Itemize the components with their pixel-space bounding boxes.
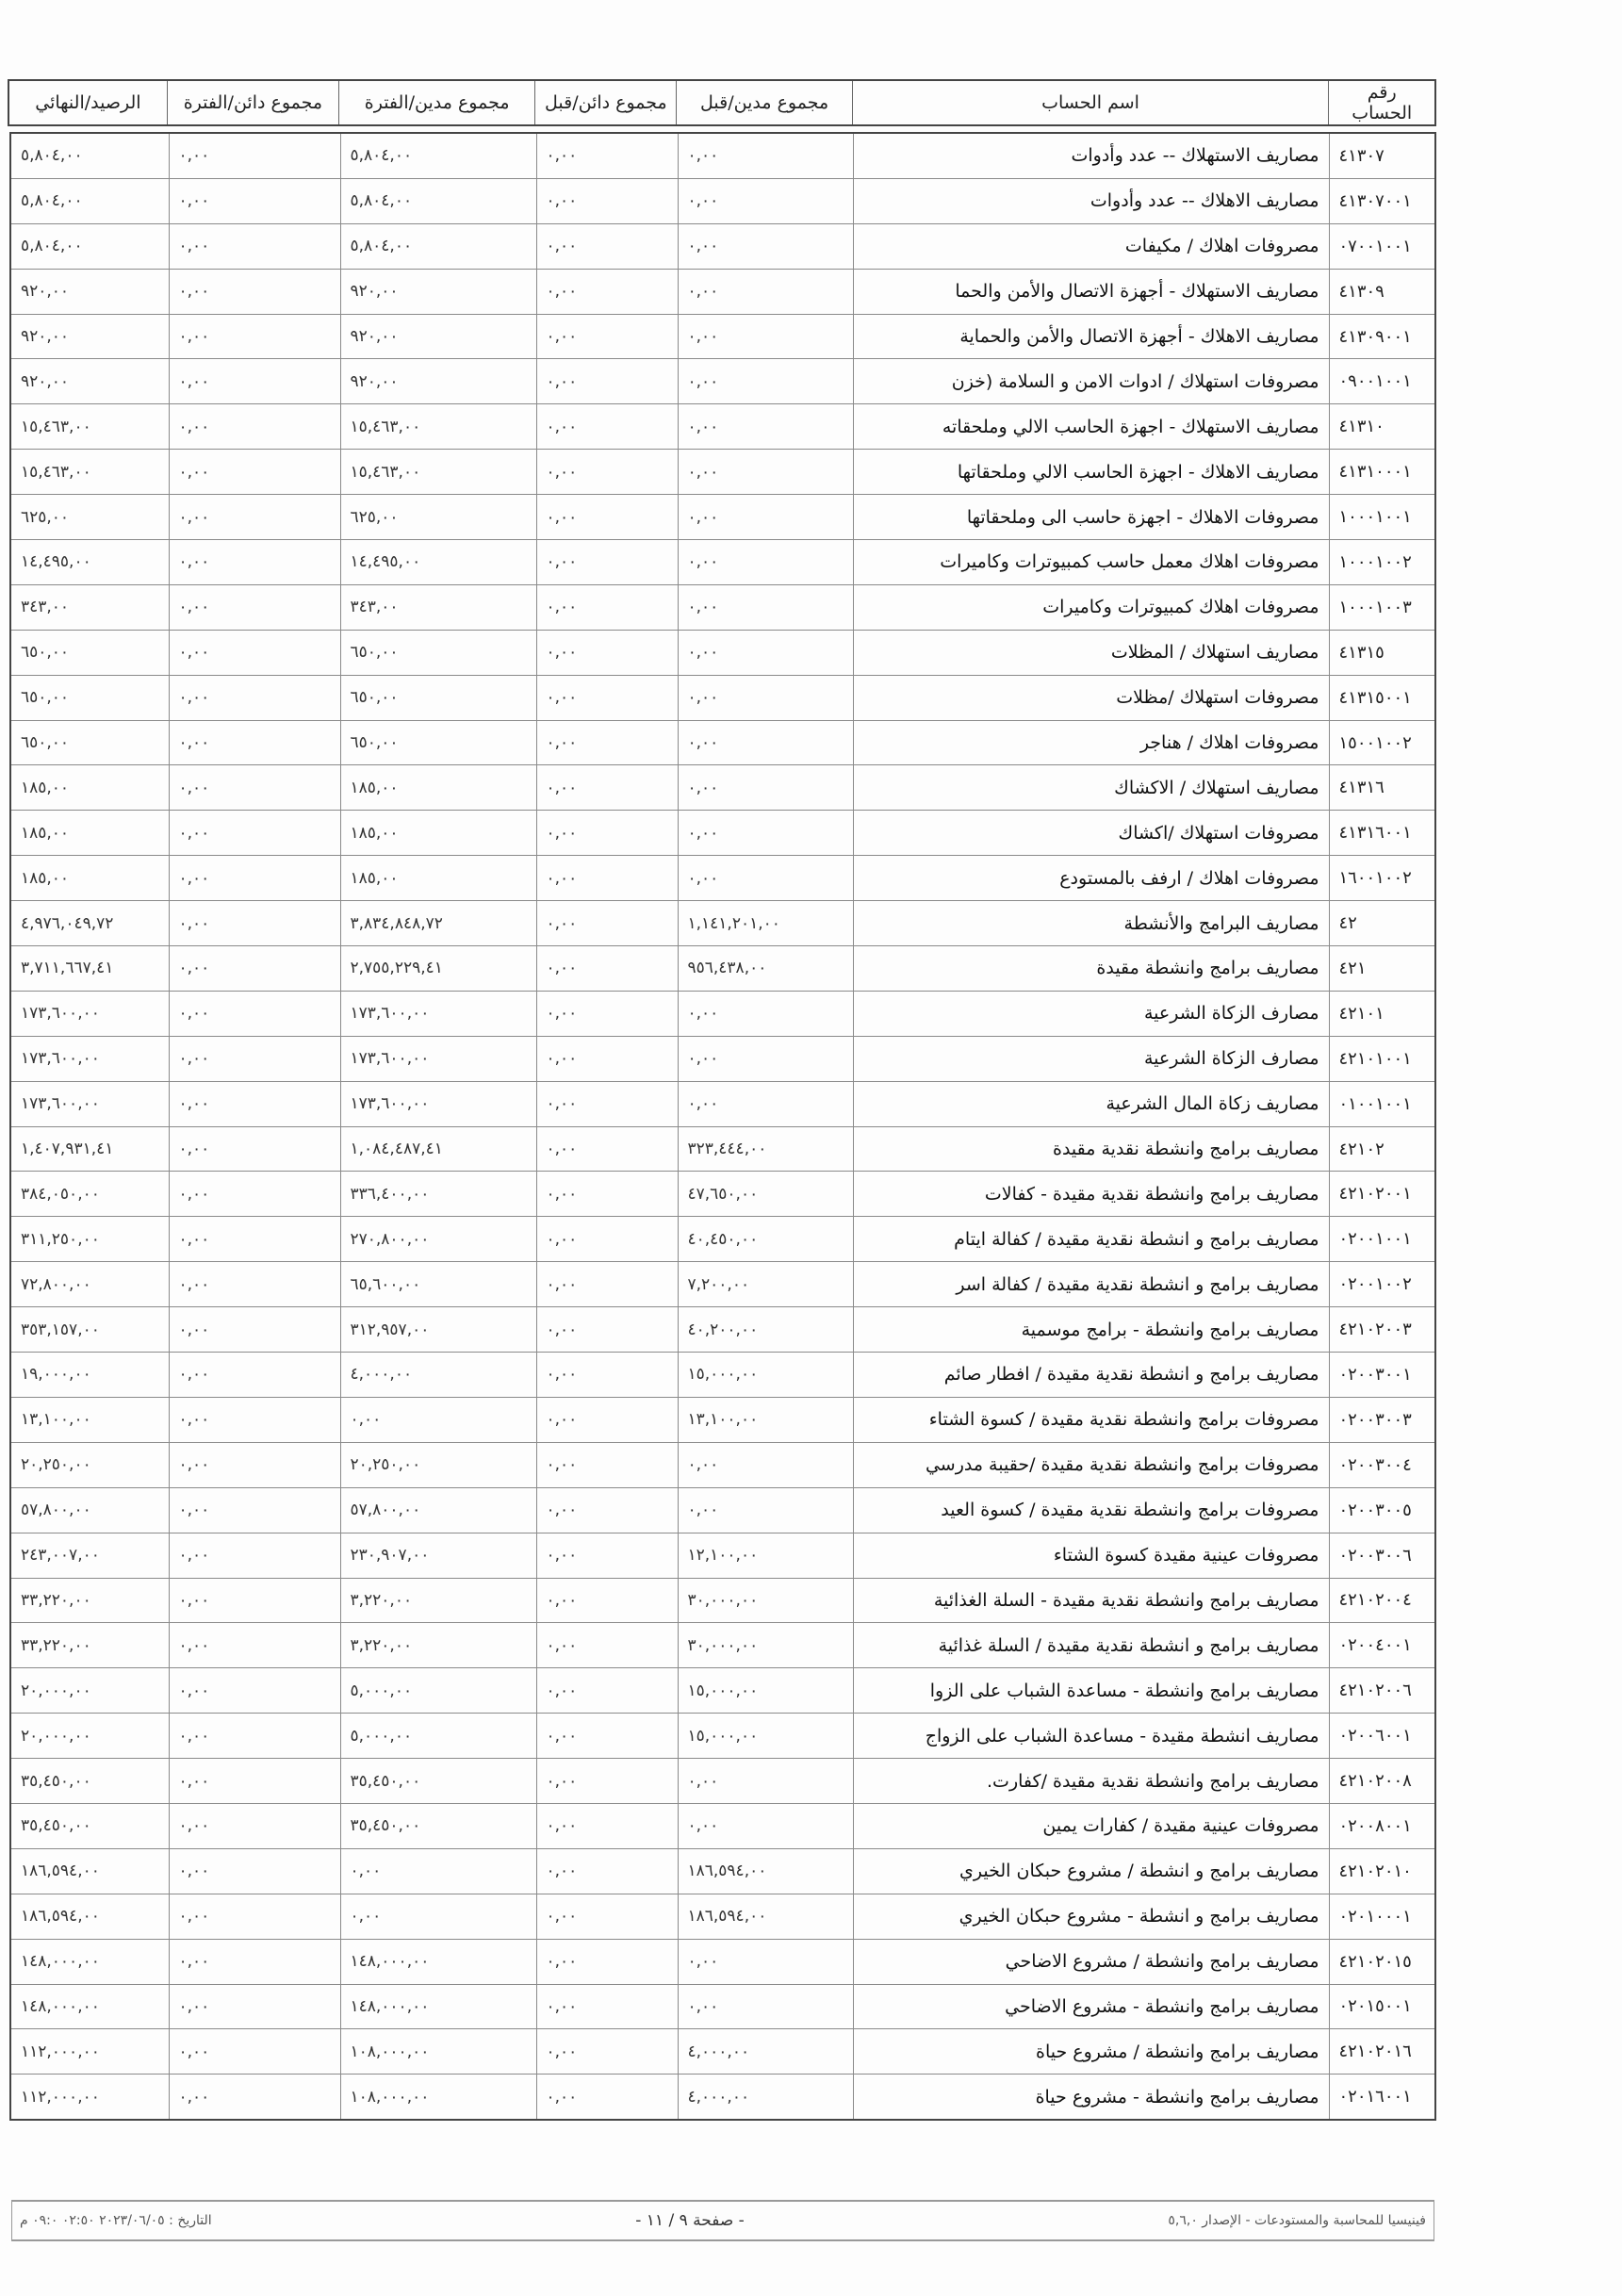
account-code-cell: ٠٢٠٠٦٠٠١ bbox=[1329, 1714, 1435, 1759]
debit-before-cell: ١٥,٠٠٠,٠٠ bbox=[678, 1714, 853, 1759]
table-row: ٤٢١٠٢٠١٠مصاريف برامج و انشطة / مشروع حبك… bbox=[10, 1848, 1435, 1894]
table-row: ١٦٠٠١٠٠٢مصروفات اهلاك / ارفف بالمستودع٠,… bbox=[10, 856, 1435, 901]
table-row: ٠٢٠٠٣٠٠١مصاريف برامج و انشطة نقدية مقيدة… bbox=[10, 1353, 1435, 1398]
debit-before-cell: ٩٥٦,٤٣٨,٠٠ bbox=[678, 946, 853, 992]
credit-period-cell: ٠,٠٠ bbox=[169, 2075, 340, 2120]
credit-before-cell: ٠,٠٠ bbox=[536, 1668, 678, 1714]
credit-before-cell: ٠,٠٠ bbox=[536, 359, 678, 404]
account-code-cell: ٠٢٠٠٣٠٠٦ bbox=[1329, 1533, 1435, 1578]
debit-period-cell: ٥,٠٠٠,٠٠ bbox=[340, 1668, 536, 1714]
account-code-cell: ٤١٣١٠٠٠١ bbox=[1329, 450, 1435, 495]
credit-period-cell: ٠,٠٠ bbox=[169, 901, 340, 946]
final-balance-cell: ١٤٨,٠٠٠,٠٠ bbox=[10, 1984, 169, 2029]
final-balance-cell: ١٩,٠٠٠,٠٠ bbox=[10, 1353, 169, 1398]
credit-period-cell: ٠,٠٠ bbox=[169, 1036, 340, 1081]
account-name-cell: مصروفات برامج وانشطة نقدية مقيدة /حقيبة … bbox=[853, 1442, 1329, 1487]
account-code-cell: ٤٢ bbox=[1329, 901, 1435, 946]
account-code-cell: ١٦٠٠١٠٠٢ bbox=[1329, 856, 1435, 901]
debit-before-cell: ٠,٠٠ bbox=[678, 1984, 853, 2029]
debit-before-cell: ١,١٤١,٢٠١,٠٠ bbox=[678, 901, 853, 946]
credit-period-cell: ٠,٠٠ bbox=[169, 269, 340, 314]
debit-before-cell: ٠,٠٠ bbox=[678, 584, 853, 630]
account-code-cell: ٠٩٠٠١٠٠١ bbox=[1329, 359, 1435, 404]
final-balance-cell: ٩٢٠,٠٠ bbox=[10, 269, 169, 314]
final-balance-cell: ١٥,٤٦٣,٠٠ bbox=[10, 450, 169, 495]
account-name-cell: مصاريف برامج وانشطة مقيدة bbox=[853, 946, 1329, 992]
table-row: ٤٢١٠٢٠١٦مصاريف برامج وانشطة / مشروع حياة… bbox=[10, 2029, 1435, 2075]
debit-before-cell: ٠,٠٠ bbox=[678, 178, 853, 223]
credit-before-cell: ٠,٠٠ bbox=[536, 2075, 678, 2120]
account-code-cell: ٤٢١٠٢٠٠٦ bbox=[1329, 1668, 1435, 1714]
final-balance-cell: ٦٥٠,٠٠ bbox=[10, 675, 169, 720]
debit-before-cell: ١٨٦,٥٩٤,٠٠ bbox=[678, 1848, 853, 1894]
table-row: ٤١٣١٠٠٠١مصاريف الاهلاك - اجهزة الحاسب ال… bbox=[10, 450, 1435, 495]
credit-period-cell: ٠,٠٠ bbox=[169, 540, 340, 585]
final-balance-cell: ١٨٥,٠٠ bbox=[10, 856, 169, 901]
final-balance-cell: ٦٥٠,٠٠ bbox=[10, 630, 169, 675]
final-balance-cell: ١٣,١٠٠,٠٠ bbox=[10, 1397, 169, 1442]
credit-before-cell: ٠,٠٠ bbox=[536, 856, 678, 901]
account-name-cell: مصاريف برامج وانشطة - مساعدة الشباب على … bbox=[853, 1668, 1329, 1714]
debit-before-cell: ٠,٠٠ bbox=[678, 269, 853, 314]
credit-before-cell: ٠,٠٠ bbox=[536, 133, 678, 178]
account-name-cell: مصروفات اهلاك معمل حاسب كمبيوترات وكامير… bbox=[853, 540, 1329, 585]
credit-period-cell: ٠,٠٠ bbox=[169, 1397, 340, 1442]
debit-before-cell: ٠,٠٠ bbox=[678, 1487, 853, 1533]
credit-period-cell: ٠,٠٠ bbox=[169, 1714, 340, 1759]
final-balance-cell: ٢٠,٠٠٠,٠٠ bbox=[10, 1714, 169, 1759]
debit-before-cell: ١٢,١٠٠,٠٠ bbox=[678, 1533, 853, 1578]
account-code-cell: ٠٧٠٠١٠٠١ bbox=[1329, 223, 1435, 269]
credit-period-cell: ٠,٠٠ bbox=[169, 404, 340, 450]
final-balance-cell: ٢٠,٢٥٠,٠٠ bbox=[10, 1442, 169, 1487]
final-balance-cell: ١٨٦,٥٩٤,٠٠ bbox=[10, 1848, 169, 1894]
credit-before-cell: ٠,٠٠ bbox=[536, 1894, 678, 1939]
credit-before-cell: ٠,٠٠ bbox=[536, 584, 678, 630]
debit-period-cell: ٠,٠٠ bbox=[340, 1848, 536, 1894]
account-code-cell: ٠٢٠٠٣٠٠١ bbox=[1329, 1353, 1435, 1398]
debit-period-cell: ١٤٨,٠٠٠,٠٠ bbox=[340, 1984, 536, 2029]
debit-period-cell: ٣٣٦,٤٠٠,٠٠ bbox=[340, 1172, 536, 1217]
credit-period-cell: ٠,٠٠ bbox=[169, 584, 340, 630]
final-balance-cell: ٣٨٤,٠٥٠,٠٠ bbox=[10, 1172, 169, 1217]
debit-before-cell: ٤,٠٠٠,٠٠ bbox=[678, 2029, 853, 2075]
credit-period-cell: ٠,٠٠ bbox=[169, 1172, 340, 1217]
account-name-cell: مصروفات استهلاك /مظلات bbox=[853, 675, 1329, 720]
credit-period-cell: ٠,٠٠ bbox=[169, 720, 340, 765]
account-name-cell: مصاريف برامج وانشطة نقدية مقيدة bbox=[853, 1126, 1329, 1172]
final-balance-cell: ١٤٨,٠٠٠,٠٠ bbox=[10, 1939, 169, 1984]
credit-before-cell: ٠,٠٠ bbox=[536, 1533, 678, 1578]
table-row: ٤١٣٠٧٠٠١مصاريف الاهلاك -- عدد وأدوات٠,٠٠… bbox=[10, 178, 1435, 223]
account-name-cell: مصاريف برامج وانشطة - مشروع حياة bbox=[853, 2075, 1329, 2120]
account-name-cell: مصاريف الاهلاك -- عدد وأدوات bbox=[853, 178, 1329, 223]
debit-before-cell: ٠,٠٠ bbox=[678, 1036, 853, 1081]
credit-before-cell: ٠,٠٠ bbox=[536, 1172, 678, 1217]
debit-period-cell: ٢,٧٥٥,٢٢٩,٤١ bbox=[340, 946, 536, 992]
account-code-cell: ٤٢١٠٢٠١٥ bbox=[1329, 1939, 1435, 1984]
debit-period-cell: ٣١٢,٩٥٧,٠٠ bbox=[340, 1307, 536, 1353]
credit-before-cell: ٠,٠٠ bbox=[536, 1714, 678, 1759]
table-row: ٤٢١٠١مصارف الزكاة الشرعية٠,٠٠٠,٠٠١٧٣,٦٠٠… bbox=[10, 991, 1435, 1036]
debit-before-cell: ٠,٠٠ bbox=[678, 765, 853, 811]
final-balance-cell: ١٥,٤٦٣,٠٠ bbox=[10, 404, 169, 450]
account-code-cell: ٤٢١٠١٠٠١ bbox=[1329, 1036, 1435, 1081]
debit-period-cell: ٤,٠٠٠,٠٠ bbox=[340, 1353, 536, 1398]
final-balance-cell: ١١٢,٠٠٠,٠٠ bbox=[10, 2029, 169, 2075]
account-code-cell: ٠٢٠٠١٠٠١ bbox=[1329, 1217, 1435, 1262]
credit-period-cell: ٠,٠٠ bbox=[169, 1262, 340, 1307]
table-row: ٠١٠٠١٠٠١مصاريف زكاة المال الشرعية٠,٠٠٠,٠… bbox=[10, 1081, 1435, 1126]
table-header: رقم الحساب اسم الحساب مجموع مدين/قبل مجم… bbox=[8, 79, 1436, 126]
credit-period-cell: ٠,٠٠ bbox=[169, 1759, 340, 1804]
final-balance-cell: ٦٢٥,٠٠ bbox=[10, 495, 169, 540]
account-code-cell: ٠٢٠١٦٠٠١ bbox=[1329, 2075, 1435, 2120]
debit-period-cell: ٣٥,٤٥٠,٠٠ bbox=[340, 1803, 536, 1848]
credit-period-cell: ٠,٠٠ bbox=[169, 1984, 340, 2029]
credit-before-cell: ٠,٠٠ bbox=[536, 1262, 678, 1307]
debit-period-cell: ٣٥,٤٥٠,٠٠ bbox=[340, 1759, 536, 1804]
page-footer: فينيسيا للمحاسبة والمستودعات - الإصدار ٥… bbox=[11, 2200, 1434, 2241]
debit-before-cell: ٠,٠٠ bbox=[678, 1939, 853, 1984]
debit-before-cell: ٠,٠٠ bbox=[678, 630, 853, 675]
account-code-cell: ١٠٠٠١٠٠١ bbox=[1329, 495, 1435, 540]
account-name-cell: مصروفات اهلاك كمبيوترات وكاميرات bbox=[853, 584, 1329, 630]
debit-period-cell: ٠,٠٠ bbox=[340, 1397, 536, 1442]
table-row: ٤٢١٠٢٠٠٦مصاريف برامج وانشطة - مساعدة الش… bbox=[10, 1668, 1435, 1714]
final-balance-cell: ١٧٣,٦٠٠,٠٠ bbox=[10, 991, 169, 1036]
credit-before-cell: ٠,٠٠ bbox=[536, 1487, 678, 1533]
debit-before-cell: ٣٠,٠٠٠,٠٠ bbox=[678, 1623, 853, 1668]
debit-period-cell: ٥,٠٠٠,٠٠ bbox=[340, 1714, 536, 1759]
final-balance-cell: ١٧٣,٦٠٠,٠٠ bbox=[10, 1081, 169, 1126]
page-number: - صفحة ٩ / ١١ - bbox=[635, 2211, 745, 2230]
account-name-cell: مصروفات عينية مقيدة كسوة الشتاء bbox=[853, 1533, 1329, 1578]
debit-before-cell: ٠,٠٠ bbox=[678, 314, 853, 359]
table-row: ٤١٣١٦مصاريف استهلاك / الاكشاك٠,٠٠٠,٠٠١٨٥… bbox=[10, 765, 1435, 811]
debit-before-cell: ٠,٠٠ bbox=[678, 359, 853, 404]
account-name-cell: مصاريف برامج و انشطة نقدية مقيدة / السلة… bbox=[853, 1623, 1329, 1668]
debit-before-cell: ٤٧,٦٥٠,٠٠ bbox=[678, 1172, 853, 1217]
account-code-cell: ٤٢١٠٢ bbox=[1329, 1126, 1435, 1172]
account-code-cell: ٠١٠٠١٠٠١ bbox=[1329, 1081, 1435, 1126]
final-balance-cell: ٥٧,٨٠٠,٠٠ bbox=[10, 1487, 169, 1533]
final-balance-cell: ٣٥,٤٥٠,٠٠ bbox=[10, 1759, 169, 1804]
credit-before-cell: ٠,٠٠ bbox=[536, 1217, 678, 1262]
table-row: ١٥٠٠١٠٠٢مصروفات اهلاك / هناجر٠,٠٠٠,٠٠٦٥٠… bbox=[10, 720, 1435, 765]
debit-period-cell: ٣٤٣,٠٠ bbox=[340, 584, 536, 630]
debit-before-cell: ٠,٠٠ bbox=[678, 1759, 853, 1804]
account-code-cell: ٤١٣١٦٠٠١ bbox=[1329, 811, 1435, 856]
account-name-cell: مصروفات برامج وانشطة نقدية مقيدة / كسوة … bbox=[853, 1487, 1329, 1533]
table-row: ٠٢٠٠٣٠٠٤مصروفات برامج وانشطة نقدية مقيدة… bbox=[10, 1442, 1435, 1487]
account-name-cell: مصاريف استهلاك / المظلات bbox=[853, 630, 1329, 675]
credit-period-cell: ٠,٠٠ bbox=[169, 1353, 340, 1398]
account-name-cell: مصاريف البرامج والأنشطة bbox=[853, 901, 1329, 946]
credit-period-cell: ٠,٠٠ bbox=[169, 856, 340, 901]
table-row: ٤٢١٠٢٠١٥مصاريف برامج وانشطة / مشروع الاض… bbox=[10, 1939, 1435, 1984]
final-balance-cell: ٥,٨٠٤,٠٠ bbox=[10, 223, 169, 269]
print-date: التاريخ : ٢٠٢٣/٠٦/٠٥ ٠٢:٥٠ ٠٩:٠ م bbox=[11, 2202, 220, 2239]
debit-before-cell: ٠,٠٠ bbox=[678, 133, 853, 178]
credit-period-cell: ٠,٠٠ bbox=[169, 314, 340, 359]
header-account-name: اسم الحساب bbox=[852, 80, 1329, 125]
debit-period-cell: ١٥,٤٦٣,٠٠ bbox=[340, 404, 536, 450]
report-page: رقم الحساب اسم الحساب مجموع مدين/قبل مجم… bbox=[0, 0, 1622, 2296]
account-code-cell: ٠٢٠١٠٠٠١ bbox=[1329, 1894, 1435, 1939]
header-credit-period: مجموع دائن/الفترة bbox=[167, 80, 338, 125]
account-name-cell: مصاريف زكاة المال الشرعية bbox=[853, 1081, 1329, 1126]
account-name-cell: مصاريف برامج وانشطة نقدية مقيدة - كفالات bbox=[853, 1172, 1329, 1217]
account-name-cell: مصاريف برامج و انشطة نقدية مقيدة / كفالة… bbox=[853, 1262, 1329, 1307]
account-name-cell: مصاريف برامج و انشطة - مشروع حبكان الخير… bbox=[853, 1894, 1329, 1939]
debit-before-cell: ٤,٠٠٠,٠٠ bbox=[678, 2075, 853, 2120]
account-name-cell: مصاريف برامج و انشطة نقدية مقيدة / افطار… bbox=[853, 1353, 1329, 1398]
table-row: ٤١٣٠٧مصاريف الاستهلاك -- عدد وأدوات٠,٠٠٠… bbox=[10, 133, 1435, 178]
credit-period-cell: ٠,٠٠ bbox=[169, 946, 340, 992]
header-debit-period: مجموع مدين/الفترة bbox=[339, 80, 535, 125]
credit-period-cell: ٠,٠٠ bbox=[169, 133, 340, 178]
final-balance-cell: ٣١١,٢٥٠,٠٠ bbox=[10, 1217, 169, 1262]
credit-before-cell: ٠,٠٠ bbox=[536, 1442, 678, 1487]
final-balance-cell: ٢٠,٠٠٠,٠٠ bbox=[10, 1668, 169, 1714]
credit-period-cell: ٠,٠٠ bbox=[169, 675, 340, 720]
account-code-cell: ٤١٣١٠ bbox=[1329, 404, 1435, 450]
table-row: ٤١٣١٥٠٠١مصروفات استهلاك /مظلات٠,٠٠٠,٠٠٦٥… bbox=[10, 675, 1435, 720]
credit-before-cell: ٠,٠٠ bbox=[536, 1353, 678, 1398]
final-balance-cell: ٧٢,٨٠٠,٠٠ bbox=[10, 1262, 169, 1307]
table-row: ٤٢١٠٢مصاريف برامج وانشطة نقدية مقيدة٣٢٣,… bbox=[10, 1126, 1435, 1172]
credit-before-cell: ٠,٠٠ bbox=[536, 765, 678, 811]
credit-before-cell: ٠,٠٠ bbox=[536, 1307, 678, 1353]
account-name-cell: مصارف الزكاة الشرعية bbox=[853, 991, 1329, 1036]
final-balance-cell: ٣٥٣,١٥٧,٠٠ bbox=[10, 1307, 169, 1353]
credit-period-cell: ٠,٠٠ bbox=[169, 495, 340, 540]
account-name-cell: مصاريف برامج وانشطة نقدية مقيدة /كفارت. bbox=[853, 1759, 1329, 1804]
debit-period-cell: ١٨٥,٠٠ bbox=[340, 811, 536, 856]
account-name-cell: مصاريف الاهلاك - أجهزة الاتصال والأمن وا… bbox=[853, 314, 1329, 359]
account-name-cell: مصاريف برامج وانشطة - برامج موسمية bbox=[853, 1307, 1329, 1353]
credit-before-cell: ٠,٠٠ bbox=[536, 901, 678, 946]
final-balance-cell: ٩٢٠,٠٠ bbox=[10, 314, 169, 359]
table-row: ١٠٠٠١٠٠٢مصروفات اهلاك معمل حاسب كمبيوترا… bbox=[10, 540, 1435, 585]
debit-period-cell: ٦٥٠,٠٠ bbox=[340, 630, 536, 675]
table-row: ٠٢٠٠٦٠٠١مصاريف انشطة مقيدة - مساعدة الشب… bbox=[10, 1714, 1435, 1759]
final-balance-cell: ٢٤٣,٠٠٧,٠٠ bbox=[10, 1533, 169, 1578]
debit-period-cell: ١٧٣,٦٠٠,٠٠ bbox=[340, 1036, 536, 1081]
debit-before-cell: ٤٠,٤٥٠,٠٠ bbox=[678, 1217, 853, 1262]
debit-before-cell: ٠,٠٠ bbox=[678, 540, 853, 585]
account-code-cell: ٤١٣٠٩٠٠١ bbox=[1329, 314, 1435, 359]
credit-period-cell: ٠,٠٠ bbox=[169, 1623, 340, 1668]
credit-period-cell: ٠,٠٠ bbox=[169, 1126, 340, 1172]
debit-before-cell: ٣٠,٠٠٠,٠٠ bbox=[678, 1578, 853, 1623]
debit-period-cell: ١٨٥,٠٠ bbox=[340, 856, 536, 901]
debit-period-cell: ٥,٨٠٤,٠٠ bbox=[340, 178, 536, 223]
table-row: ٠٢٠٠٣٠٠٦مصروفات عينية مقيدة كسوة الشتاء١… bbox=[10, 1533, 1435, 1578]
debit-period-cell: ٩٢٠,٠٠ bbox=[340, 314, 536, 359]
debit-period-cell: ٣,٨٣٤,٨٤٨,٧٢ bbox=[340, 901, 536, 946]
debit-period-cell: ٦٢٥,٠٠ bbox=[340, 495, 536, 540]
account-code-cell: ١٠٠٠١٠٠٢ bbox=[1329, 540, 1435, 585]
credit-period-cell: ٠,٠٠ bbox=[169, 991, 340, 1036]
debit-period-cell: ٠,٠٠ bbox=[340, 1894, 536, 1939]
debit-period-cell: ٥٧,٨٠٠,٠٠ bbox=[340, 1487, 536, 1533]
table-row: ٤١٣١٦٠٠١مصروفات استهلاك /اكشاك٠,٠٠٠,٠٠١٨… bbox=[10, 811, 1435, 856]
debit-before-cell: ٠,٠٠ bbox=[678, 811, 853, 856]
account-code-cell: ٠٢٠٠٣٠٠٥ bbox=[1329, 1487, 1435, 1533]
final-balance-cell: ٣٥,٤٥٠,٠٠ bbox=[10, 1803, 169, 1848]
table-row: ٠٢٠٠٣٠٠٣مصروفات برامج وانشطة نقدية مقيدة… bbox=[10, 1397, 1435, 1442]
credit-before-cell: ٠,٠٠ bbox=[536, 178, 678, 223]
header-final-balance: الرصيد/النهائي bbox=[8, 80, 167, 125]
table-row: ٤١٣١٠مصاريف الاستهلاك - اجهزة الحاسب الا… bbox=[10, 404, 1435, 450]
debit-before-cell: ٤٠,٢٠٠,٠٠ bbox=[678, 1307, 853, 1353]
debit-period-cell: ٥,٨٠٤,٠٠ bbox=[340, 133, 536, 178]
account-code-cell: ٤٢١٠٢٠٠٣ bbox=[1329, 1307, 1435, 1353]
credit-period-cell: ٠,٠٠ bbox=[169, 1803, 340, 1848]
account-name-cell: مصاريف الاهلاك - اجهزة الحاسب الالي وملح… bbox=[853, 450, 1329, 495]
debit-period-cell: ١٧٣,٦٠٠,٠٠ bbox=[340, 1081, 536, 1126]
account-name-cell: مصروفات الاهلاك - اجهزة حاسب الى وملحقات… bbox=[853, 495, 1329, 540]
debit-before-cell: ٠,٠٠ bbox=[678, 1081, 853, 1126]
account-name-cell: مصاريف استهلاك / الاكشاك bbox=[853, 765, 1329, 811]
debit-before-cell: ٠,٠٠ bbox=[678, 223, 853, 269]
credit-before-cell: ٠,٠٠ bbox=[536, 946, 678, 992]
debit-before-cell: ١٨٦,٥٩٤,٠٠ bbox=[678, 1894, 853, 1939]
debit-before-cell: ٣٢٣,٤٤٤,٠٠ bbox=[678, 1126, 853, 1172]
table-row: ٤٢مصاريف البرامج والأنشطة١,١٤١,٢٠١,٠٠٠,٠… bbox=[10, 901, 1435, 946]
final-balance-cell: ٤,٩٧٦,٠٤٩,٧٢ bbox=[10, 901, 169, 946]
header-account-no: رقم الحساب bbox=[1329, 80, 1435, 125]
debit-period-cell: ٣,٢٢٠,٠٠ bbox=[340, 1578, 536, 1623]
account-code-cell: ٠٢٠٠٣٠٠٤ bbox=[1329, 1442, 1435, 1487]
credit-period-cell: ٠,٠٠ bbox=[169, 1668, 340, 1714]
debit-period-cell: ٦٥,٦٠٠,٠٠ bbox=[340, 1262, 536, 1307]
debit-before-cell: ١٥,٠٠٠,٠٠ bbox=[678, 1353, 853, 1398]
credit-period-cell: ٠,٠٠ bbox=[169, 1894, 340, 1939]
debit-period-cell: ١٠٨,٠٠٠,٠٠ bbox=[340, 2029, 536, 2075]
debit-before-cell: ٠,٠٠ bbox=[678, 675, 853, 720]
credit-period-cell: ٠,٠٠ bbox=[169, 450, 340, 495]
account-code-cell: ٠٢٠٠١٠٠٢ bbox=[1329, 1262, 1435, 1307]
table-row: ٠٢٠١٥٠٠١مصاريف برامج وانشطة - مشروع الاض… bbox=[10, 1984, 1435, 2029]
debit-period-cell: ١٤٨,٠٠٠,٠٠ bbox=[340, 1939, 536, 1984]
final-balance-cell: ٣٣,٢٢٠,٠٠ bbox=[10, 1578, 169, 1623]
final-balance-cell: ١٨٥,٠٠ bbox=[10, 765, 169, 811]
credit-before-cell: ٠,٠٠ bbox=[536, 1126, 678, 1172]
credit-before-cell: ٠,٠٠ bbox=[536, 991, 678, 1036]
credit-before-cell: ٠,٠٠ bbox=[536, 1984, 678, 2029]
account-name-cell: مصاريف انشطة مقيدة - مساعدة الشباب على ا… bbox=[853, 1714, 1329, 1759]
account-name-cell: مصاريف الاستهلاك -- عدد وأدوات bbox=[853, 133, 1329, 178]
debit-period-cell: ٩٢٠,٠٠ bbox=[340, 269, 536, 314]
account-name-cell: مصروفات استهلاك /اكشاك bbox=[853, 811, 1329, 856]
table-row: ٠٢٠٠٨٠٠١مصروفات عينية مقيدة / كفارات يمي… bbox=[10, 1803, 1435, 1848]
final-balance-cell: ١٨٥,٠٠ bbox=[10, 811, 169, 856]
account-name-cell: مصاريف برامج وانشطة / مشروع حياة bbox=[853, 2029, 1329, 2075]
credit-before-cell: ٠,٠٠ bbox=[536, 404, 678, 450]
debit-period-cell: ١,٠٨٤,٤٨٧,٤١ bbox=[340, 1126, 536, 1172]
table-row: ٠٧٠٠١٠٠١مصروفات اهلاك / مكيفات٠,٠٠٠,٠٠٥,… bbox=[10, 223, 1435, 269]
table-row: ٤٢١مصاريف برامج وانشطة مقيدة٩٥٦,٤٣٨,٠٠٠,… bbox=[10, 946, 1435, 992]
credit-before-cell: ٠,٠٠ bbox=[536, 1623, 678, 1668]
credit-period-cell: ٠,٠٠ bbox=[169, 630, 340, 675]
account-name-cell: مصروفات استهلاك / ادوات الامن و السلامة … bbox=[853, 359, 1329, 404]
table-row: ٠٢٠٠١٠٠٢مصاريف برامج و انشطة نقدية مقيدة… bbox=[10, 1262, 1435, 1307]
account-name-cell: مصروفات اهلاك / مكيفات bbox=[853, 223, 1329, 269]
credit-period-cell: ٠,٠٠ bbox=[169, 2029, 340, 2075]
debit-period-cell: ١٤,٤٩٥,٠٠ bbox=[340, 540, 536, 585]
header-credit-before: مجموع دائن/قبل bbox=[535, 80, 677, 125]
debit-before-cell: ٠,٠٠ bbox=[678, 1442, 853, 1487]
credit-before-cell: ٠,٠٠ bbox=[536, 495, 678, 540]
table-row: ٠٢٠١٦٠٠١مصاريف برامج وانشطة - مشروع حياة… bbox=[10, 2075, 1435, 2120]
credit-period-cell: ٠,٠٠ bbox=[169, 1848, 340, 1894]
credit-before-cell: ٠,٠٠ bbox=[536, 1848, 678, 1894]
debit-before-cell: ٠,٠٠ bbox=[678, 991, 853, 1036]
table-row: ٠٢٠٠١٠٠١مصاريف برامج و انشطة نقدية مقيدة… bbox=[10, 1217, 1435, 1262]
credit-before-cell: ٠,٠٠ bbox=[536, 269, 678, 314]
account-name-cell: مصاريف برامج و انشطة / مشروع حبكان الخير… bbox=[853, 1848, 1329, 1894]
account-code-cell: ٤٢١٠٢٠١٠ bbox=[1329, 1848, 1435, 1894]
credit-period-cell: ٠,٠٠ bbox=[169, 1939, 340, 1984]
account-code-cell: ٤١٣٠٧٠٠١ bbox=[1329, 178, 1435, 223]
table-row: ١٠٠٠١٠٠١مصروفات الاهلاك - اجهزة حاسب الى… bbox=[10, 495, 1435, 540]
final-balance-cell: ٩٢٠,٠٠ bbox=[10, 359, 169, 404]
debit-period-cell: ١٧٣,٦٠٠,٠٠ bbox=[340, 991, 536, 1036]
account-code-cell: ٤١٣٠٩ bbox=[1329, 269, 1435, 314]
debit-period-cell: ٢٠,٢٥٠,٠٠ bbox=[340, 1442, 536, 1487]
debit-period-cell: ٢٧٠,٨٠٠,٠٠ bbox=[340, 1217, 536, 1262]
account-name-cell: مصروفات اهلاك / ارفف بالمستودع bbox=[853, 856, 1329, 901]
credit-period-cell: ٠,٠٠ bbox=[169, 1442, 340, 1487]
account-code-cell: ١٠٠٠١٠٠٣ bbox=[1329, 584, 1435, 630]
table-row: ٤١٣١٥مصاريف استهلاك / المظلات٠,٠٠٠,٠٠٦٥٠… bbox=[10, 630, 1435, 675]
credit-before-cell: ٠,٠٠ bbox=[536, 1397, 678, 1442]
credit-period-cell: ٠,٠٠ bbox=[169, 1487, 340, 1533]
debit-period-cell: ٦٥٠,٠٠ bbox=[340, 675, 536, 720]
debit-period-cell: ٣,٢٢٠,٠٠ bbox=[340, 1623, 536, 1668]
account-code-cell: ٤٢١٠٢٠٠١ bbox=[1329, 1172, 1435, 1217]
table-row: ٠٩٠٠١٠٠١مصروفات استهلاك / ادوات الامن و … bbox=[10, 359, 1435, 404]
debit-before-cell: ٠,٠٠ bbox=[678, 856, 853, 901]
final-balance-cell: ١١٢,٠٠٠,٠٠ bbox=[10, 2075, 169, 2120]
debit-period-cell: ٦٥٠,٠٠ bbox=[340, 720, 536, 765]
credit-period-cell: ٠,٠٠ bbox=[169, 765, 340, 811]
debit-period-cell: ١٠٨,٠٠٠,٠٠ bbox=[340, 2075, 536, 2120]
account-code-cell: ٤١٣٠٧ bbox=[1329, 133, 1435, 178]
account-name-cell: مصروفات اهلاك / هناجر bbox=[853, 720, 1329, 765]
credit-before-cell: ٠,٠٠ bbox=[536, 1803, 678, 1848]
final-balance-cell: ١٧٣,٦٠٠,٠٠ bbox=[10, 1036, 169, 1081]
credit-period-cell: ٠,٠٠ bbox=[169, 1217, 340, 1262]
account-code-cell: ٠٢٠٠٨٠٠١ bbox=[1329, 1803, 1435, 1848]
final-balance-cell: ١,٤٠٧,٩٣١,٤١ bbox=[10, 1126, 169, 1172]
account-name-cell: مصروفات عينية مقيدة / كفارات يمين bbox=[853, 1803, 1329, 1848]
account-code-cell: ٤٢١٠٢٠٠٨ bbox=[1329, 1759, 1435, 1804]
debit-before-cell: ٧,٢٠٠,٠٠ bbox=[678, 1262, 853, 1307]
account-code-cell: ٠٢٠١٥٠٠١ bbox=[1329, 1984, 1435, 2029]
credit-before-cell: ٠,٠٠ bbox=[536, 450, 678, 495]
debit-period-cell: ٥,٨٠٤,٠٠ bbox=[340, 223, 536, 269]
account-code-cell: ٤٢١٠٢٠٠٤ bbox=[1329, 1578, 1435, 1623]
final-balance-cell: ٦٥٠,٠٠ bbox=[10, 720, 169, 765]
account-code-cell: ٠٢٠٠٣٠٠٣ bbox=[1329, 1397, 1435, 1442]
account-code-cell: ٤٢١٠١ bbox=[1329, 991, 1435, 1036]
debit-period-cell: ١٥,٤٦٣,٠٠ bbox=[340, 450, 536, 495]
accounts-table-body: ٤١٣٠٧مصاريف الاستهلاك -- عدد وأدوات٠,٠٠٠… bbox=[10, 133, 1435, 2120]
